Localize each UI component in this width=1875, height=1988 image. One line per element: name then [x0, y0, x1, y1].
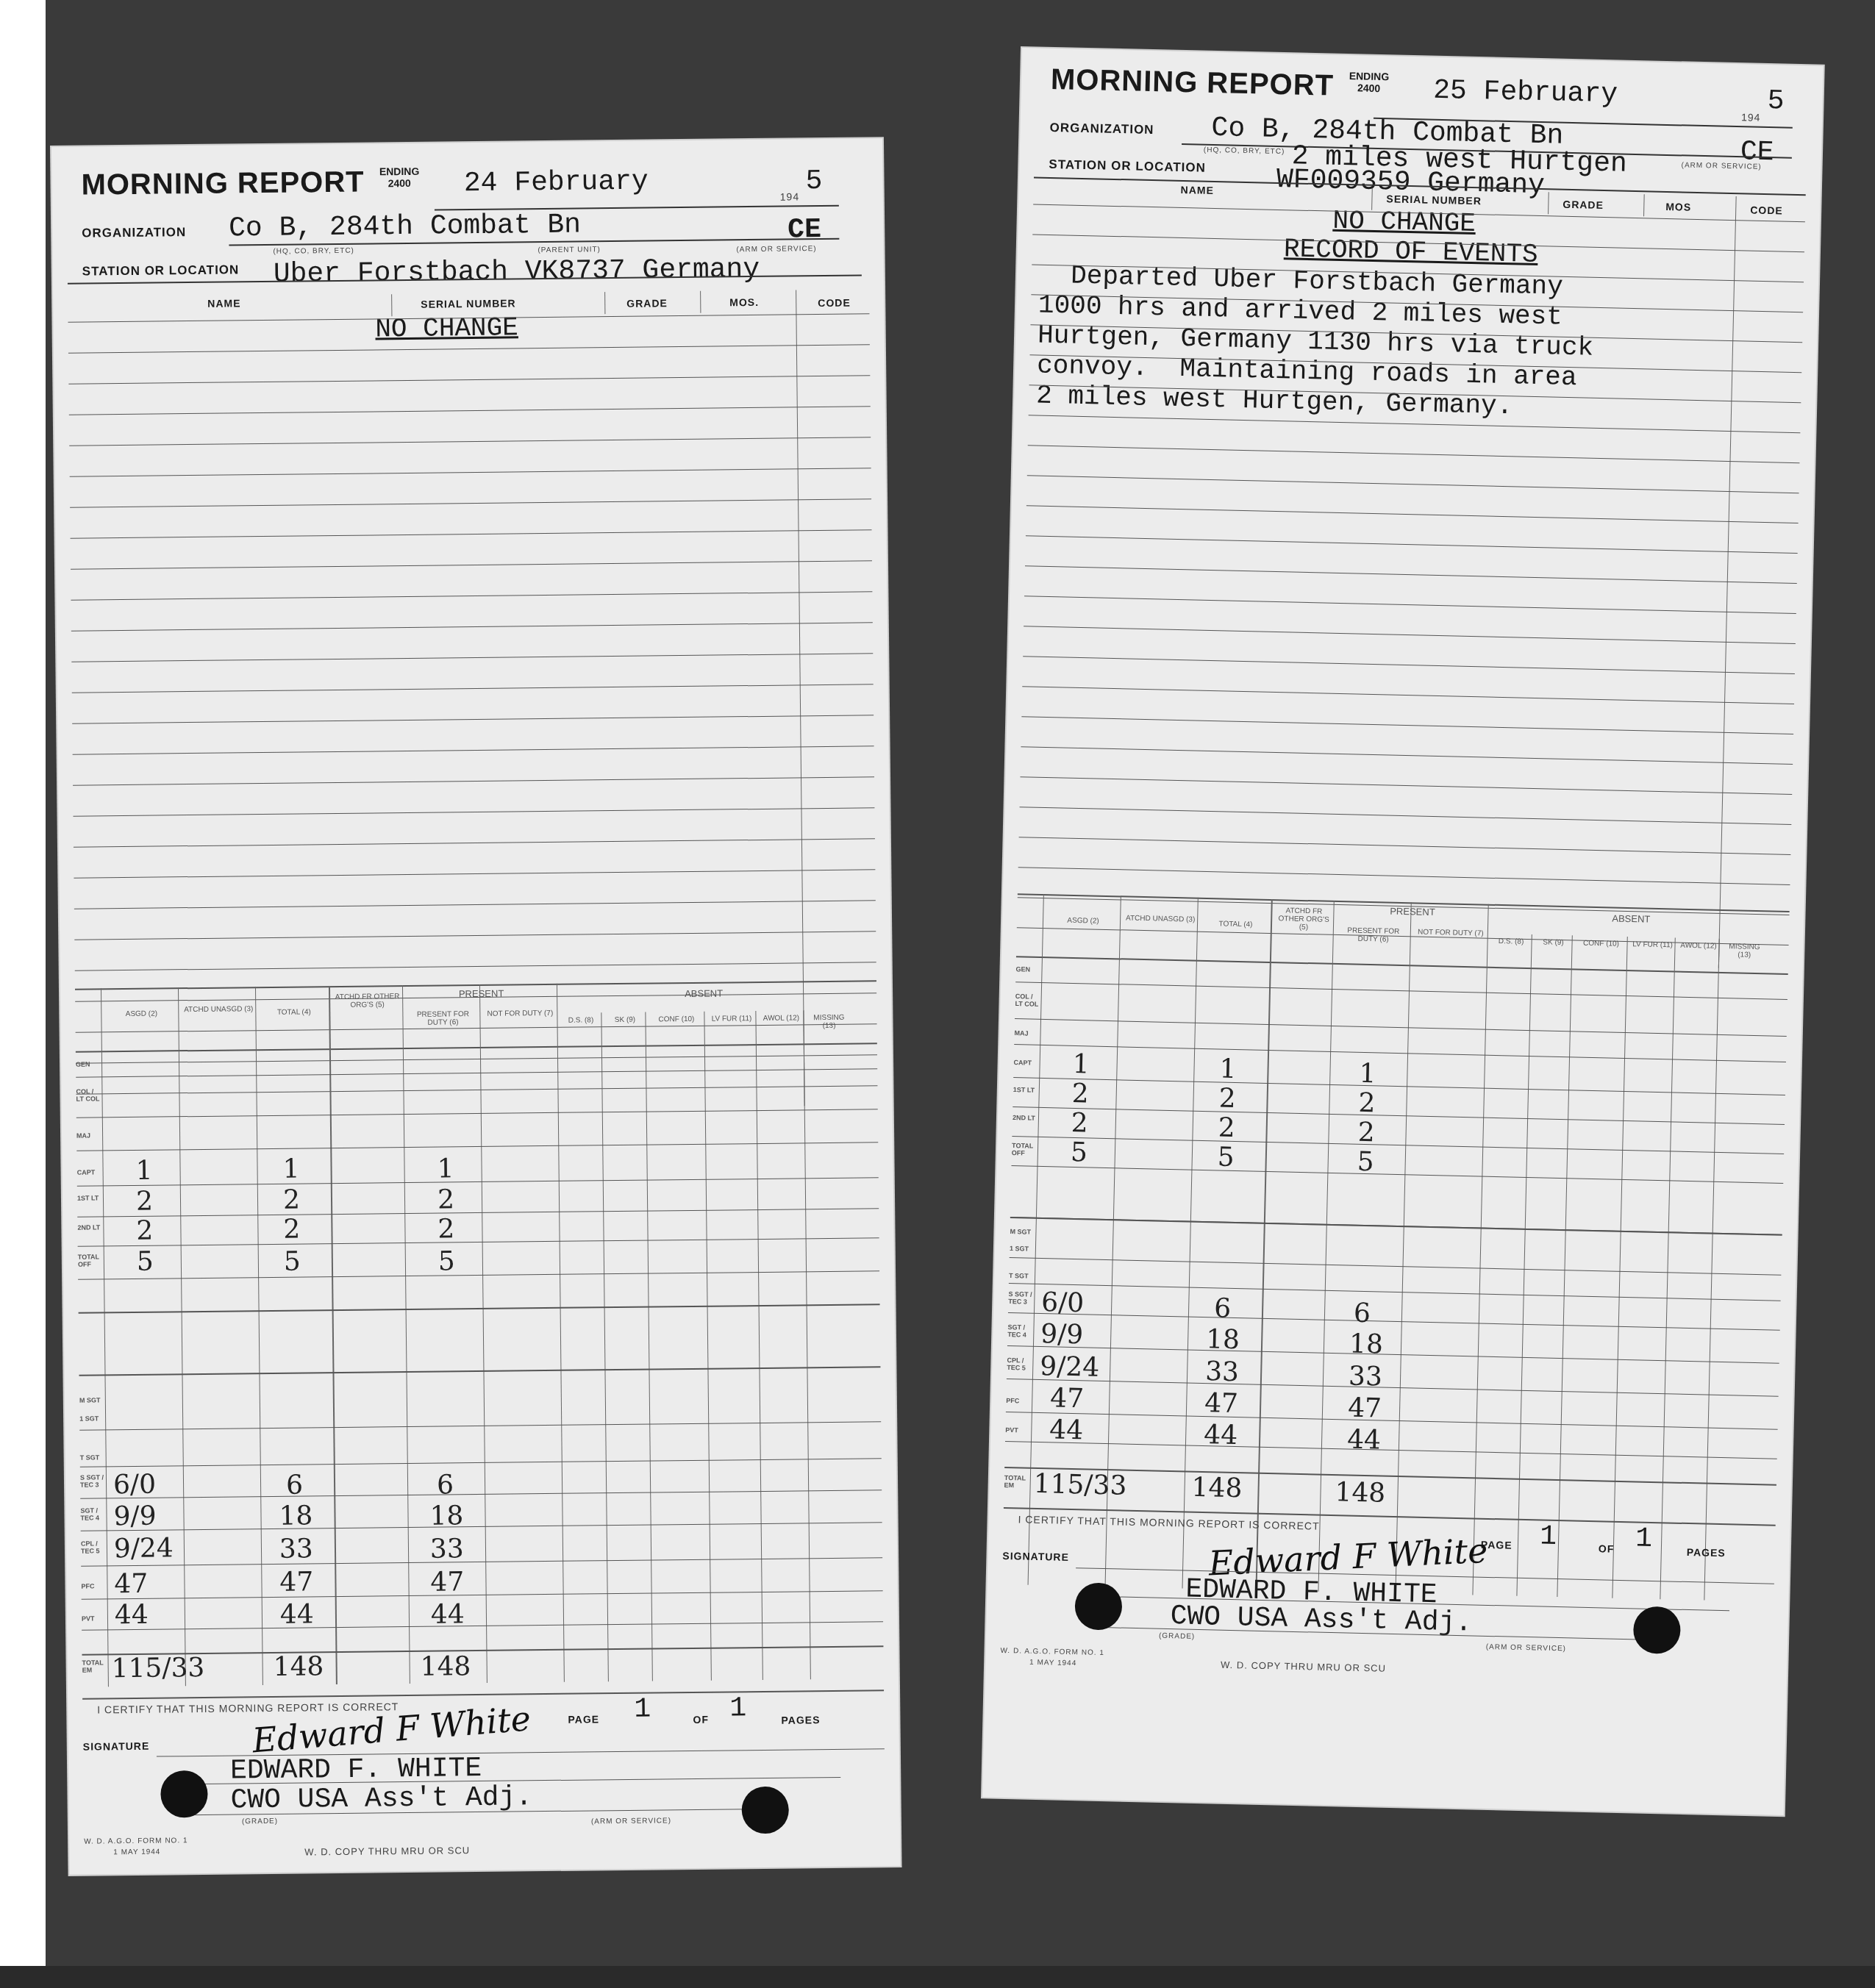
pvt-for-duty: 44 [431, 1599, 465, 1629]
rank-capt: CAPT [77, 1168, 96, 1176]
pfc-asgd: 47 [114, 1569, 148, 1599]
s-sgt-for-duty: 6 [1354, 1298, 1371, 1329]
form-date: 1 MAY 1944 [113, 1848, 160, 1857]
sgt-asgd: 9/9 [113, 1501, 156, 1532]
rank-m-sgt: M SGT [79, 1396, 101, 1404]
total-off-for-duty: 5 [438, 1246, 455, 1276]
cpl-asgd: 9/24 [114, 1533, 174, 1564]
2nd-lt-total: 2 [1218, 1112, 1235, 1143]
sgt-asgd: 9/9 [1040, 1319, 1084, 1350]
form-number: W. D. A.G.O. FORM NO. 1 [1000, 1647, 1104, 1657]
pfc-for-duty: 47 [430, 1567, 464, 1597]
arm-caption-bottom: (ARM OR SERVICE) [591, 1817, 671, 1826]
rank-total-em: TOTAL EM [1004, 1474, 1029, 1490]
total-off-total: 5 [284, 1247, 301, 1277]
total-off-asgd: 5 [137, 1247, 154, 1277]
1st-lt-asgd: 2 [1071, 1079, 1089, 1109]
organization-label: ORGANIZATION [1049, 121, 1154, 137]
pfc-total: 47 [279, 1567, 313, 1597]
rank-maj: MAJ [76, 1132, 90, 1140]
col-for-duty: PRESENT FOR DUTY (6) [406, 1010, 479, 1027]
capt-total: 1 [1219, 1054, 1237, 1084]
rank-total-em: TOTAL EM [82, 1659, 107, 1673]
col-missing: MISSING (13) [1722, 943, 1766, 959]
total-em-for-duty: 148 [420, 1651, 471, 1682]
col-awol: AWOL (12) [1678, 942, 1718, 951]
col-total: TOTAL (4) [259, 1008, 329, 1017]
signer-grade: CWO USA Ass't Adj. [1170, 1601, 1472, 1639]
col-asgd: ASGD (2) [1046, 916, 1120, 926]
rank-pvt: PVT [82, 1615, 95, 1622]
total-em-for-duty: 148 [1335, 1477, 1386, 1509]
col-sk: SK (9) [604, 1016, 645, 1025]
scan-margin [0, 0, 46, 1988]
org-caption: (HQ, CO, BRY, ETC) [273, 247, 354, 256]
cpl-for-duty: 33 [1349, 1362, 1383, 1392]
capt-for-duty: 1 [1359, 1059, 1376, 1090]
s-sgt-for-duty: 6 [437, 1470, 454, 1500]
year-digit: 5 [805, 165, 822, 197]
col-lv-fur: LV FUR (11) [1630, 940, 1674, 949]
pages-label: PAGES [1687, 1546, 1726, 1559]
rank-pfc: PFC [81, 1582, 94, 1590]
morning-report-24-feb: MORNING REPORT ENDING 2400 24 February 1… [51, 138, 901, 1875]
certification-block: I CERTIFY THAT THIS MORNING REPORT IS CO… [82, 1690, 885, 1867]
col-serial: SERIAL NUMBER [421, 297, 516, 310]
pvt-asgd: 44 [1049, 1415, 1084, 1445]
rank-capt: CAPT [1014, 1059, 1032, 1067]
pages-label: PAGES [781, 1714, 820, 1726]
arm-caption: (ARM OR SERVICE) [1681, 161, 1761, 171]
rank-s-sgt: S SGT / TEC 3 [80, 1473, 105, 1488]
cpl-for-duty: 33 [430, 1534, 464, 1564]
total-off-asgd: 5 [1070, 1137, 1087, 1168]
rank-gen: GEN [76, 1061, 90, 1068]
2nd-lt-for-duty: 2 [438, 1214, 454, 1244]
2nd-lt-asgd: 2 [136, 1216, 153, 1246]
2nd-lt-total: 2 [283, 1215, 300, 1245]
rank-col: COL / LT COL [1015, 993, 1040, 1008]
of-label: OF [1599, 1542, 1615, 1554]
punch-hole [741, 1787, 789, 1834]
total-em-total: 148 [1191, 1473, 1243, 1504]
col-atchd-other: ATCHD FR OTHER ORG'S (5) [1274, 907, 1334, 932]
rank-sgt: SGT / TEC 4 [1007, 1323, 1032, 1339]
total-em-total: 148 [273, 1651, 324, 1682]
certify-text: I CERTIFY THAT THIS MORNING REPORT IS CO… [1018, 1513, 1319, 1531]
col-grade: GRADE [1562, 199, 1604, 211]
total-off-for-duty: 5 [1357, 1147, 1374, 1178]
rank-sgt: SGT / TEC 4 [80, 1506, 105, 1521]
scan-bottom-edge [0, 1966, 1875, 1988]
punch-hole [1633, 1606, 1681, 1653]
ending-label: ENDING 2400 [377, 165, 421, 190]
cpl-asgd: 9/24 [1040, 1351, 1100, 1383]
col-sk: SK (9) [1535, 938, 1571, 947]
col-not-for-duty: NOT FOR DUTY (7) [1414, 928, 1487, 937]
total-em-asgd: 115/33 [111, 1653, 204, 1684]
form-title: MORNING REPORT [81, 166, 365, 202]
col-serial: SERIAL NUMBER [1386, 193, 1482, 207]
col-for-duty: PRESENT FOR DUTY (6) [1336, 926, 1410, 944]
sgt-for-duty: 18 [1349, 1329, 1384, 1360]
rank-1st-lt: 1ST LT [77, 1194, 99, 1201]
col-awol: AWOL (12) [759, 1014, 803, 1023]
rank-2nd-lt: 2ND LT [77, 1223, 100, 1231]
col-grade: GRADE [626, 297, 668, 310]
col-asgd: ASGD (2) [104, 1009, 178, 1018]
form-date: 1 MAY 1944 [1029, 1659, 1076, 1667]
col-conf: CONF (10) [1575, 939, 1626, 948]
arm-caption-bottom: (ARM OR SERVICE) [1486, 1643, 1566, 1653]
page-label: PAGE [568, 1713, 599, 1725]
pfc-for-duty: 47 [1348, 1393, 1382, 1424]
pvt-total: 44 [280, 1599, 314, 1629]
copy-note: W. D. COPY THRU MRU OR SCU [304, 1845, 470, 1857]
page-total: 1 [1635, 1523, 1653, 1555]
of-label: OF [693, 1714, 709, 1726]
organization-label: ORGANIZATION [82, 225, 186, 240]
capt-total: 1 [282, 1154, 299, 1184]
capt-for-duty: 1 [437, 1154, 454, 1184]
pvt-total: 44 [1204, 1420, 1238, 1451]
form-title: MORNING REPORT [1051, 63, 1335, 103]
rank-col: COL / LT COL [76, 1087, 101, 1102]
station-value: Uber Forstbach VK8737 Germany [274, 254, 760, 290]
group-absent: ABSENT [560, 987, 847, 1001]
rank-gen: GEN [1015, 965, 1030, 973]
rank-total-off: TOTAL OFF [1012, 1142, 1037, 1157]
page-total: 1 [729, 1692, 746, 1724]
col-atchd-other: ATCHD FR OTHER ORG'S (5) [332, 993, 402, 1009]
group-present: PRESENT [406, 987, 557, 1000]
entry-lines [1016, 204, 1805, 986]
s-sgt-asgd: 6/0 [113, 1470, 156, 1501]
col-ds: D.S. (8) [1490, 937, 1531, 946]
arm-caption: (ARM OR SERVICE) [736, 245, 816, 254]
rank-t-sgt: T SGT [80, 1454, 100, 1461]
s-sgt-total: 6 [286, 1470, 303, 1501]
col-mos: MOS [1665, 201, 1691, 213]
cpl-total: 33 [1205, 1356, 1240, 1387]
punch-hole [1074, 1582, 1122, 1630]
parent-unit-caption: (PARENT UNIT) [537, 246, 601, 254]
1st-lt-for-duty: 2 [1358, 1088, 1376, 1119]
rank-t-sgt: T SGT [1009, 1272, 1029, 1280]
pvt-asgd: 44 [115, 1600, 149, 1630]
strength-table: ASGD (2) ATCHD UNASGD (3) TOTAL (4) ATCH… [1001, 893, 1789, 1609]
report-date: 24 February [464, 166, 649, 200]
org-caption: (HQ, CO, BRY, ETC) [1204, 146, 1285, 157]
cpl-total: 33 [279, 1534, 313, 1564]
grade-caption: (GRADE) [1159, 1632, 1195, 1641]
col-mos: MOS. [729, 296, 759, 308]
col-code: CODE [818, 297, 851, 309]
organization-value: Co B, 284th Combat Bn [229, 209, 581, 244]
sgt-total: 18 [1206, 1324, 1240, 1355]
col-atchd-unasgd: ATCHD UNASGD (3) [1124, 914, 1197, 923]
pfc-asgd: 47 [1050, 1383, 1085, 1414]
s-sgt-total: 6 [1214, 1293, 1232, 1324]
rank-cpl: CPL / TEC 5 [81, 1540, 106, 1554]
rank-pvt: PVT [1005, 1426, 1018, 1434]
page-number: 1 [1540, 1521, 1557, 1553]
station-label: STATION OR LOCATION [1049, 157, 1206, 176]
strength-table: ASGD (2) ATCHD UNASGD (3) TOTAL (4) ATCH… [75, 980, 884, 1690]
rank-1-sgt: 1 SGT [1010, 1245, 1029, 1253]
station-label: STATION OR LOCATION [82, 262, 240, 279]
1st-lt-for-duty: 2 [438, 1184, 454, 1215]
col-ds: D.S. (8) [560, 1016, 601, 1025]
sgt-for-duty: 18 [429, 1501, 463, 1531]
year-prefix: 194 [780, 190, 800, 202]
pfc-total: 47 [1204, 1388, 1239, 1419]
1st-lt-total: 2 [1218, 1083, 1236, 1114]
col-total: TOTAL (4) [1201, 920, 1271, 929]
col-name: NAME [1180, 184, 1214, 196]
rank-maj: MAJ [1014, 1029, 1028, 1037]
sgt-total: 18 [279, 1501, 312, 1531]
col-lv-fur: LV FUR (11) [707, 1015, 755, 1023]
total-em-asgd: 115/33 [1033, 1469, 1127, 1501]
signature-label: SIGNATURE [1002, 1550, 1069, 1563]
col-atchd-unasgd: ATCHD UNASGD (3) [182, 1005, 255, 1014]
grade-caption: (GRADE) [242, 1817, 278, 1826]
punch-hole [160, 1770, 208, 1818]
rank-s-sgt: S SGT / TEC 3 [1008, 1290, 1033, 1306]
s-sgt-asgd: 6/0 [1041, 1287, 1085, 1318]
1st-lt-asgd: 2 [136, 1187, 153, 1217]
rank-2nd-lt: 2ND LT [1013, 1114, 1035, 1122]
1st-lt-total: 2 [283, 1185, 300, 1215]
arm-of-service: CE [787, 214, 821, 246]
capt-asgd: 1 [135, 1156, 152, 1186]
rank-pfc: PFC [1006, 1397, 1019, 1404]
copy-note: W. D. COPY THRU MRU OR SCU [1221, 1659, 1386, 1674]
group-absent: ABSENT [1491, 910, 1771, 928]
2nd-lt-asgd: 2 [1071, 1108, 1088, 1139]
ending-label: ENDING 2400 [1346, 70, 1391, 94]
col-missing: MISSING (13) [807, 1014, 851, 1031]
group-present: PRESENT [1337, 904, 1487, 919]
year-prefix: 194 [1741, 111, 1761, 124]
rank-1-sgt: 1 SGT [79, 1415, 99, 1422]
page-number: 1 [634, 1694, 651, 1726]
certification-block: I CERTIFY THAT THIS MORNING REPORT IS CO… [1000, 1507, 1776, 1694]
form-number: W. D. A.G.O. FORM NO. 1 [84, 1837, 187, 1845]
col-name: NAME [207, 297, 240, 309]
report-date: 25 February [1433, 75, 1618, 111]
rank-total-off: TOTAL OFF [78, 1253, 103, 1267]
morning-report-25-feb: MORNING REPORT ENDING 2400 25 February 1… [982, 48, 1824, 1815]
pvt-for-duty: 44 [1347, 1425, 1382, 1456]
col-conf: CONF (10) [649, 1015, 704, 1024]
capt-asgd: 1 [1072, 1049, 1090, 1080]
col-not-for-duty: NOT FOR DUTY (7) [483, 1009, 557, 1018]
year-digit: 5 [1767, 85, 1785, 118]
total-off-total: 5 [1217, 1142, 1235, 1173]
signature-label: SIGNATURE [83, 1740, 150, 1753]
2nd-lt-for-duty: 2 [1357, 1118, 1375, 1148]
rank-1st-lt: 1ST LT [1013, 1086, 1035, 1094]
rank-cpl: CPL / TEC 5 [1007, 1356, 1032, 1372]
rank-m-sgt: M SGT [1010, 1228, 1031, 1236]
